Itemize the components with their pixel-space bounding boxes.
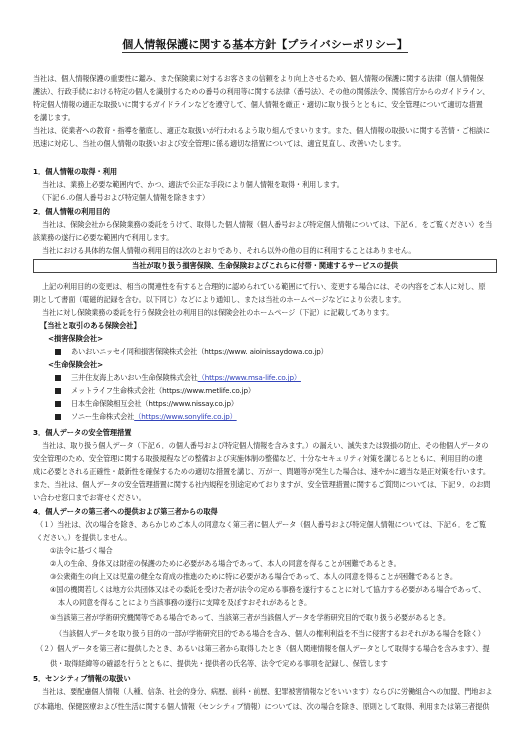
section-1-line: 当社は、業務上必要な範囲内で、かつ、適法で公正な手段により個人情報を取得・利用し… <box>42 179 508 190</box>
intro-line: 特定個人情報の適正な取扱いに関するガイドラインなどを遵守して、個人情報を厳正・適… <box>33 99 499 110</box>
section-heading-5: 5．センシティブ情報の取扱い <box>33 673 131 684</box>
square-bullet-icon <box>55 375 61 381</box>
section-heading-1: 1．個人情報の取得・利用 <box>33 166 117 177</box>
section-4-line: ④国の機関若しくは地方公共団体又はその委託を受けた者が法令の定める事務を遂行する… <box>50 584 516 595</box>
section-3-line: い合わせ窓口までお寄せください。 <box>33 492 499 503</box>
section-1-line: （下記６.の個人番号および特定個人情報を除きます） <box>38 192 504 203</box>
section-5-line: び本籍地、保健医療および性生活に関する個人情報（センシティブ情報）については、次… <box>33 701 499 712</box>
insurer-url[interactable]: （https://www. aioinissaydowa.co.jp） <box>197 347 328 356</box>
intro-line: 当社は、個人情報保護の重要性に鑑み、また保険業に対するお客さまの信頼をより向上さ… <box>33 73 499 84</box>
intro-line: 護法）、行政手続における特定の個人を識別するための番号の利用等に関する法律（番号… <box>33 86 499 97</box>
section-4-line: ②人の生命、身体又は財産の保護のために必要がある場合であって、本人の同意を得るこ… <box>50 558 516 569</box>
insurer-link[interactable]: （https://www.msa-life.co.jp） <box>198 373 301 382</box>
intro-line: を講じます。 <box>33 112 499 123</box>
section-3-line: 当社は、取り扱う個人データ（下記６．の個人番号および特定個人情報を含みます。）の… <box>42 440 508 451</box>
page-title: 個人情報保護に関する基本方針【プライバシーポリシー】 <box>0 38 530 52</box>
section-2-line: 則として書面（電磁的記録を含む。以下同じ）などにより通知し、または当社のホームペ… <box>33 294 499 305</box>
section-4-line: （２）個人データを第三者に提供したとき、あるいは第三者から取得したとき（個人関連… <box>36 643 502 654</box>
section-3-line: また、当社は、個人データの安全管理措置に関する社内規程を別途定めておりますが、安… <box>33 479 499 490</box>
section-2-line: 当社に対し保険業務の委託を行う保険会社の利用目的は保険会社のホームページ（下記）… <box>42 307 508 318</box>
insurer-link[interactable]: （https://www.sonylife.co.jp） <box>134 412 236 421</box>
insurer-item: メットライフ生命株式会社（https://www.metlife.co.jp） <box>55 385 521 396</box>
partners-heading: 【当社と取引のある保険会社】 <box>40 320 141 331</box>
insurer-item: ソニー生命株式会社（https://www.sonylife.co.jp） <box>55 411 521 422</box>
section-4-line: （当該個人データを取り扱う目的の一部が学術研究目的である場合を含み、個人の権利利… <box>55 628 521 639</box>
section-3-line: 安全管理のため、安全管理に関する取扱規程などの整備および実施体制の整備など、十分… <box>33 453 499 464</box>
insurer-url[interactable]: （https://www.nissay.co.jp） <box>141 399 238 408</box>
intro-line: 当社は、従業者への教育・指導を徹底し、適正な取扱いが行われるよう取り組んでまいり… <box>33 125 499 136</box>
section-4-line: ⑤当該第三者が学術研究機関等である場合であって、当該第三者が当該個人データを学術… <box>50 612 516 623</box>
section-heading-3: 3．個人データの安全管理措置 <box>33 427 131 438</box>
section-2-line: 上記の利用目的の変更は、相当の関連性を有すると合理的に認められている範囲にて行い… <box>42 281 508 292</box>
insurer-item: 三井住友海上あいおい生命保険株式会社（https://www.msa-life.… <box>55 372 521 383</box>
square-bullet-icon <box>55 414 61 420</box>
section-heading-4: 4．個人データの第三者への提供および第三者からの取得 <box>33 506 218 517</box>
insurer-item: あいおいニッセイ同和損害保険株式会社（https://www. aioiniss… <box>55 346 521 357</box>
section-2-line: 当社は、保険会社から保険業務の委託をうけて、取得した個人情報（個人番号および特定… <box>42 219 508 230</box>
section-5-line: 当社は、要配慮個人情報（人種、信条、社会的身分、病歴、前科・前歴、犯罪被害情報な… <box>42 686 508 697</box>
section-3-line: 成に必要とされる正確性・最新性を確保するための適切な措置を講じ、万が一、問題等が… <box>33 466 499 477</box>
section-4-line: 供・取得経緯等の確認を行うとともに、提供先・提供者の氏名等、法令で定める事項を記… <box>50 658 516 669</box>
intro-line: 迅速に対応し、当社の個人情報の取扱いおよび安全管理に係る適切な措置については、適… <box>33 138 499 149</box>
section-4-line: 本人の同意を得ることにより当該事務の遂行に支障を及ぼすおそれがあるとき。 <box>58 597 524 608</box>
square-bullet-icon <box>55 349 61 355</box>
purpose-box: 当社が取り扱う損害保険、生命保険およびこれらに付帯・関連するサービスの提供 <box>33 259 497 273</box>
square-bullet-icon <box>55 388 61 394</box>
insurer-url[interactable]: （https://www.metlife.co.jp） <box>155 386 255 395</box>
section-4-line: ③公衆衛生の向上又は児童の健全な育成の推進のために特に必要がある場合であって、本… <box>50 571 516 582</box>
square-bullet-icon <box>55 401 61 407</box>
section-4-line: ①法令に基づく場合 <box>50 545 516 556</box>
section-4-line: ください。）を提供しません。 <box>36 532 502 543</box>
nonlife-heading: <損害保険会社> <box>48 333 103 344</box>
section-heading-2: 2．個人情報の利用目的 <box>33 206 110 217</box>
life-heading: <生命保険会社> <box>48 359 103 370</box>
section-2-line: 当社における具体的な個人情報の利用目的は次のとおりであり、それら以外の他の目的に… <box>42 245 508 256</box>
section-2-line: 該業務の遂行に必要な範囲内で利用します。 <box>33 232 499 243</box>
insurer-item: 日本生命保険相互会社（https://www.nissay.co.jp） <box>55 398 521 409</box>
privacy-policy-page: 個人情報保護に関する基本方針【プライバシーポリシー】 当社は、個人情報保護の重要… <box>0 0 530 750</box>
section-4-line: （１）当社は、次の場合を除き、あらかじめご本人の同意なく第三者に個人データ（個人… <box>36 519 502 530</box>
